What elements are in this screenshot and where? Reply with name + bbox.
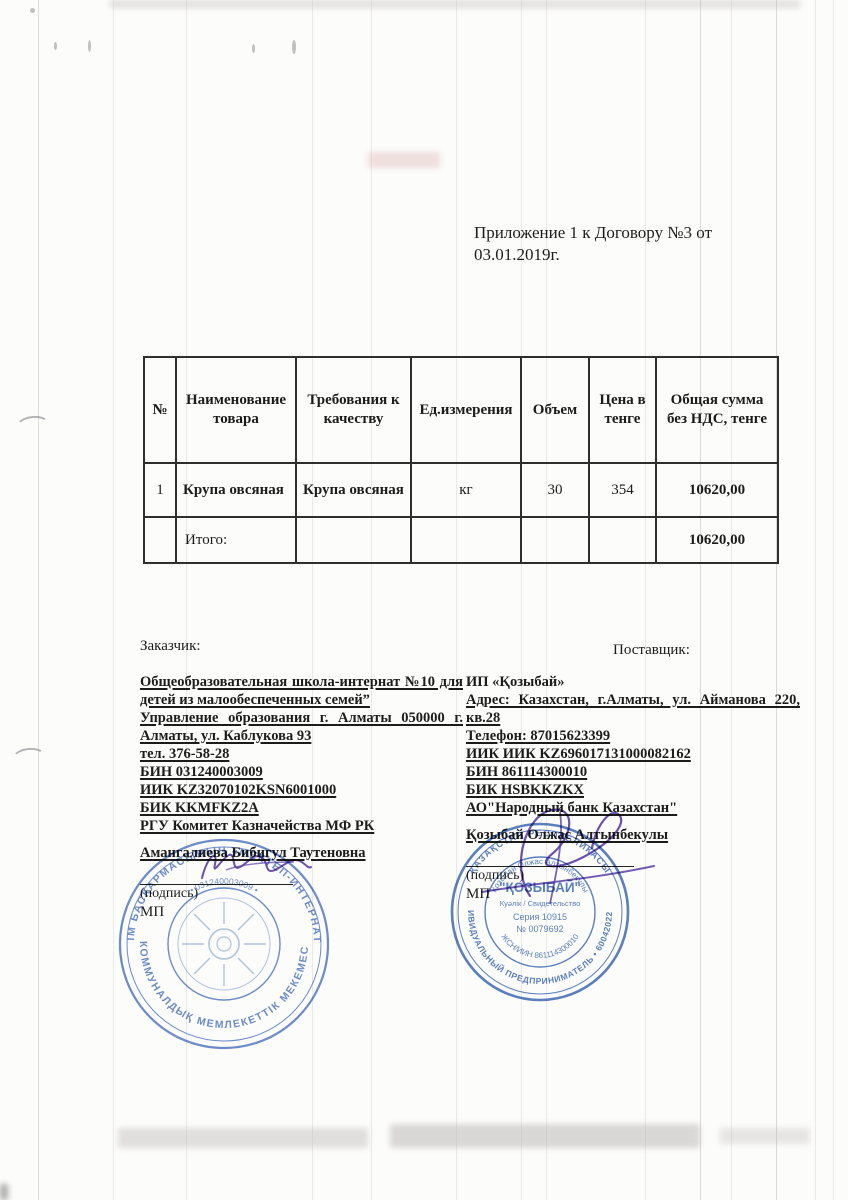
appendix-line2: 03.01.2019г. <box>474 244 786 266</box>
supplier-seal-caption: МП <box>466 885 800 903</box>
scan-smudge <box>110 0 800 8</box>
scan-speck <box>292 40 296 54</box>
scan-line <box>645 0 646 1200</box>
col-price: Цена в тенге <box>589 357 656 463</box>
supplier-stamp-series: Серия 10915 <box>513 912 567 922</box>
scan-line <box>776 0 777 1200</box>
scan-line <box>700 0 701 1200</box>
customer-label: Заказчик: <box>140 638 201 655</box>
supplier-details: ИП «Қозыбай» Адрес: Казахстан, г.Алматы,… <box>466 673 800 903</box>
col-unit: Ед.измерения <box>411 357 521 463</box>
customer-iik: ИИК KZ32070102KSN6001000 <box>140 781 463 799</box>
scan-line <box>456 0 457 1200</box>
scan-line <box>312 0 313 1200</box>
customer-seal-caption: МП <box>140 903 463 921</box>
col-quality: Требования к качеству <box>296 357 411 463</box>
supplier-company-name: ИП «Қозыбай» <box>466 673 800 691</box>
supplier-signature-caption: (подпись) <box>466 867 800 885</box>
col-item-name: Наименование товара <box>176 357 296 463</box>
cell-quality: Крупа овсяная <box>296 463 411 517</box>
customer-phone: тел. 376-58-28 <box>140 745 463 763</box>
supplier-stamp-number: № 0079692 <box>516 924 563 934</box>
cell-volume: 30 <box>521 463 589 517</box>
scan-speck <box>54 42 57 50</box>
supplier-label: Поставщик: <box>613 642 690 659</box>
total-value: 10620,00 <box>656 517 778 563</box>
scan-line <box>186 0 187 1200</box>
supplier-phone: Телефон: 87015623399 <box>466 727 800 745</box>
totals-row: Итого: 10620,00 <box>144 517 778 563</box>
scan-ghost-text <box>118 1128 368 1148</box>
supplier-address: Адрес: Казахстан, г.Алматы, ул. Айманова… <box>466 691 800 727</box>
scan-hook-mark <box>11 746 47 769</box>
cell-unit: кг <box>411 463 521 517</box>
supplier-bank: АО"Народный банк Казахстан" <box>466 799 800 817</box>
cell-total: 10620,00 <box>656 463 778 517</box>
supplier-stamp-iin-arc-text: ЖСН/ИИН 861114300010 <box>499 932 581 960</box>
customer-treasury: РГУ Комитет Казначейства МФ РК <box>140 817 463 835</box>
scan-crease-line <box>38 0 39 1200</box>
col-total: Общая сумма без НДС, тенге <box>656 357 778 463</box>
supplier-bik: БИК HSBKKZKX <box>466 781 800 799</box>
scan-line <box>113 0 114 1200</box>
scan-line <box>371 0 372 1200</box>
customer-signatory-name: Амангалиева Бибигул Таутеновна <box>140 844 463 862</box>
customer-bin: БИН 031240003009 <box>140 763 463 781</box>
scan-line <box>546 0 547 1200</box>
table-row: 1 Крупа овсяная Крупа овсяная кг 30 354 … <box>144 463 778 517</box>
scan-speck <box>252 44 255 53</box>
customer-details: Общеобразовательная школа-интернат №10 д… <box>140 673 463 921</box>
appendix-header: Приложение 1 к Договору №3 от 03.01.2019… <box>474 222 786 265</box>
customer-org-dept: Управление образования г. Алматы 050000 … <box>140 709 463 745</box>
scan-line <box>731 0 732 1200</box>
customer-signature-caption: (подпись) <box>140 885 463 903</box>
scan-speck <box>30 8 35 13</box>
scan-speck <box>0 1184 8 1200</box>
appendix-line1: Приложение 1 к Договору №3 от <box>474 222 786 244</box>
customer-bik: БИК KKMFKZ2A <box>140 799 463 817</box>
scan-line <box>833 0 834 1200</box>
cell-empty <box>296 517 411 563</box>
cell-empty <box>144 517 176 563</box>
scan-ghost-text <box>720 1128 810 1144</box>
customer-signature-line <box>140 871 293 885</box>
goods-table-header-row: № Наименование товара Требования к качес… <box>144 357 778 463</box>
cell-empty <box>521 517 589 563</box>
supplier-signature-line <box>466 853 634 867</box>
supplier-iik: ИИК ИИК KZ696017131000082162 <box>466 745 800 763</box>
col-number: № <box>144 357 176 463</box>
cell-price: 354 <box>589 463 656 517</box>
goods-table: № Наименование товара Требования к качес… <box>143 356 779 564</box>
scan-ghost-text <box>390 1124 700 1148</box>
cell-empty <box>589 517 656 563</box>
customer-org-name: Общеобразовательная школа-интернат №10 д… <box>140 673 463 709</box>
scan-hook-mark <box>15 414 51 437</box>
cell-item-name: Крупа овсяная <box>176 463 296 517</box>
scanned-contract-appendix-page: Приложение 1 к Договору №3 от 03.01.2019… <box>0 0 848 1200</box>
total-label: Итого: <box>176 517 296 563</box>
scan-smudge <box>368 152 440 168</box>
svg-text:ЖСН/ИИН 861114300010: ЖСН/ИИН 861114300010 <box>499 932 581 960</box>
cell-empty <box>411 517 521 563</box>
scan-line <box>815 0 816 1200</box>
cell-number: 1 <box>144 463 176 517</box>
col-volume: Объем <box>521 357 589 463</box>
supplier-bin: БИН 861114300010 <box>466 763 800 781</box>
scan-line <box>521 0 522 1200</box>
supplier-signatory-name: Қозыбай Олжас Алтынбекулы <box>466 826 800 844</box>
scan-speck <box>88 40 91 52</box>
